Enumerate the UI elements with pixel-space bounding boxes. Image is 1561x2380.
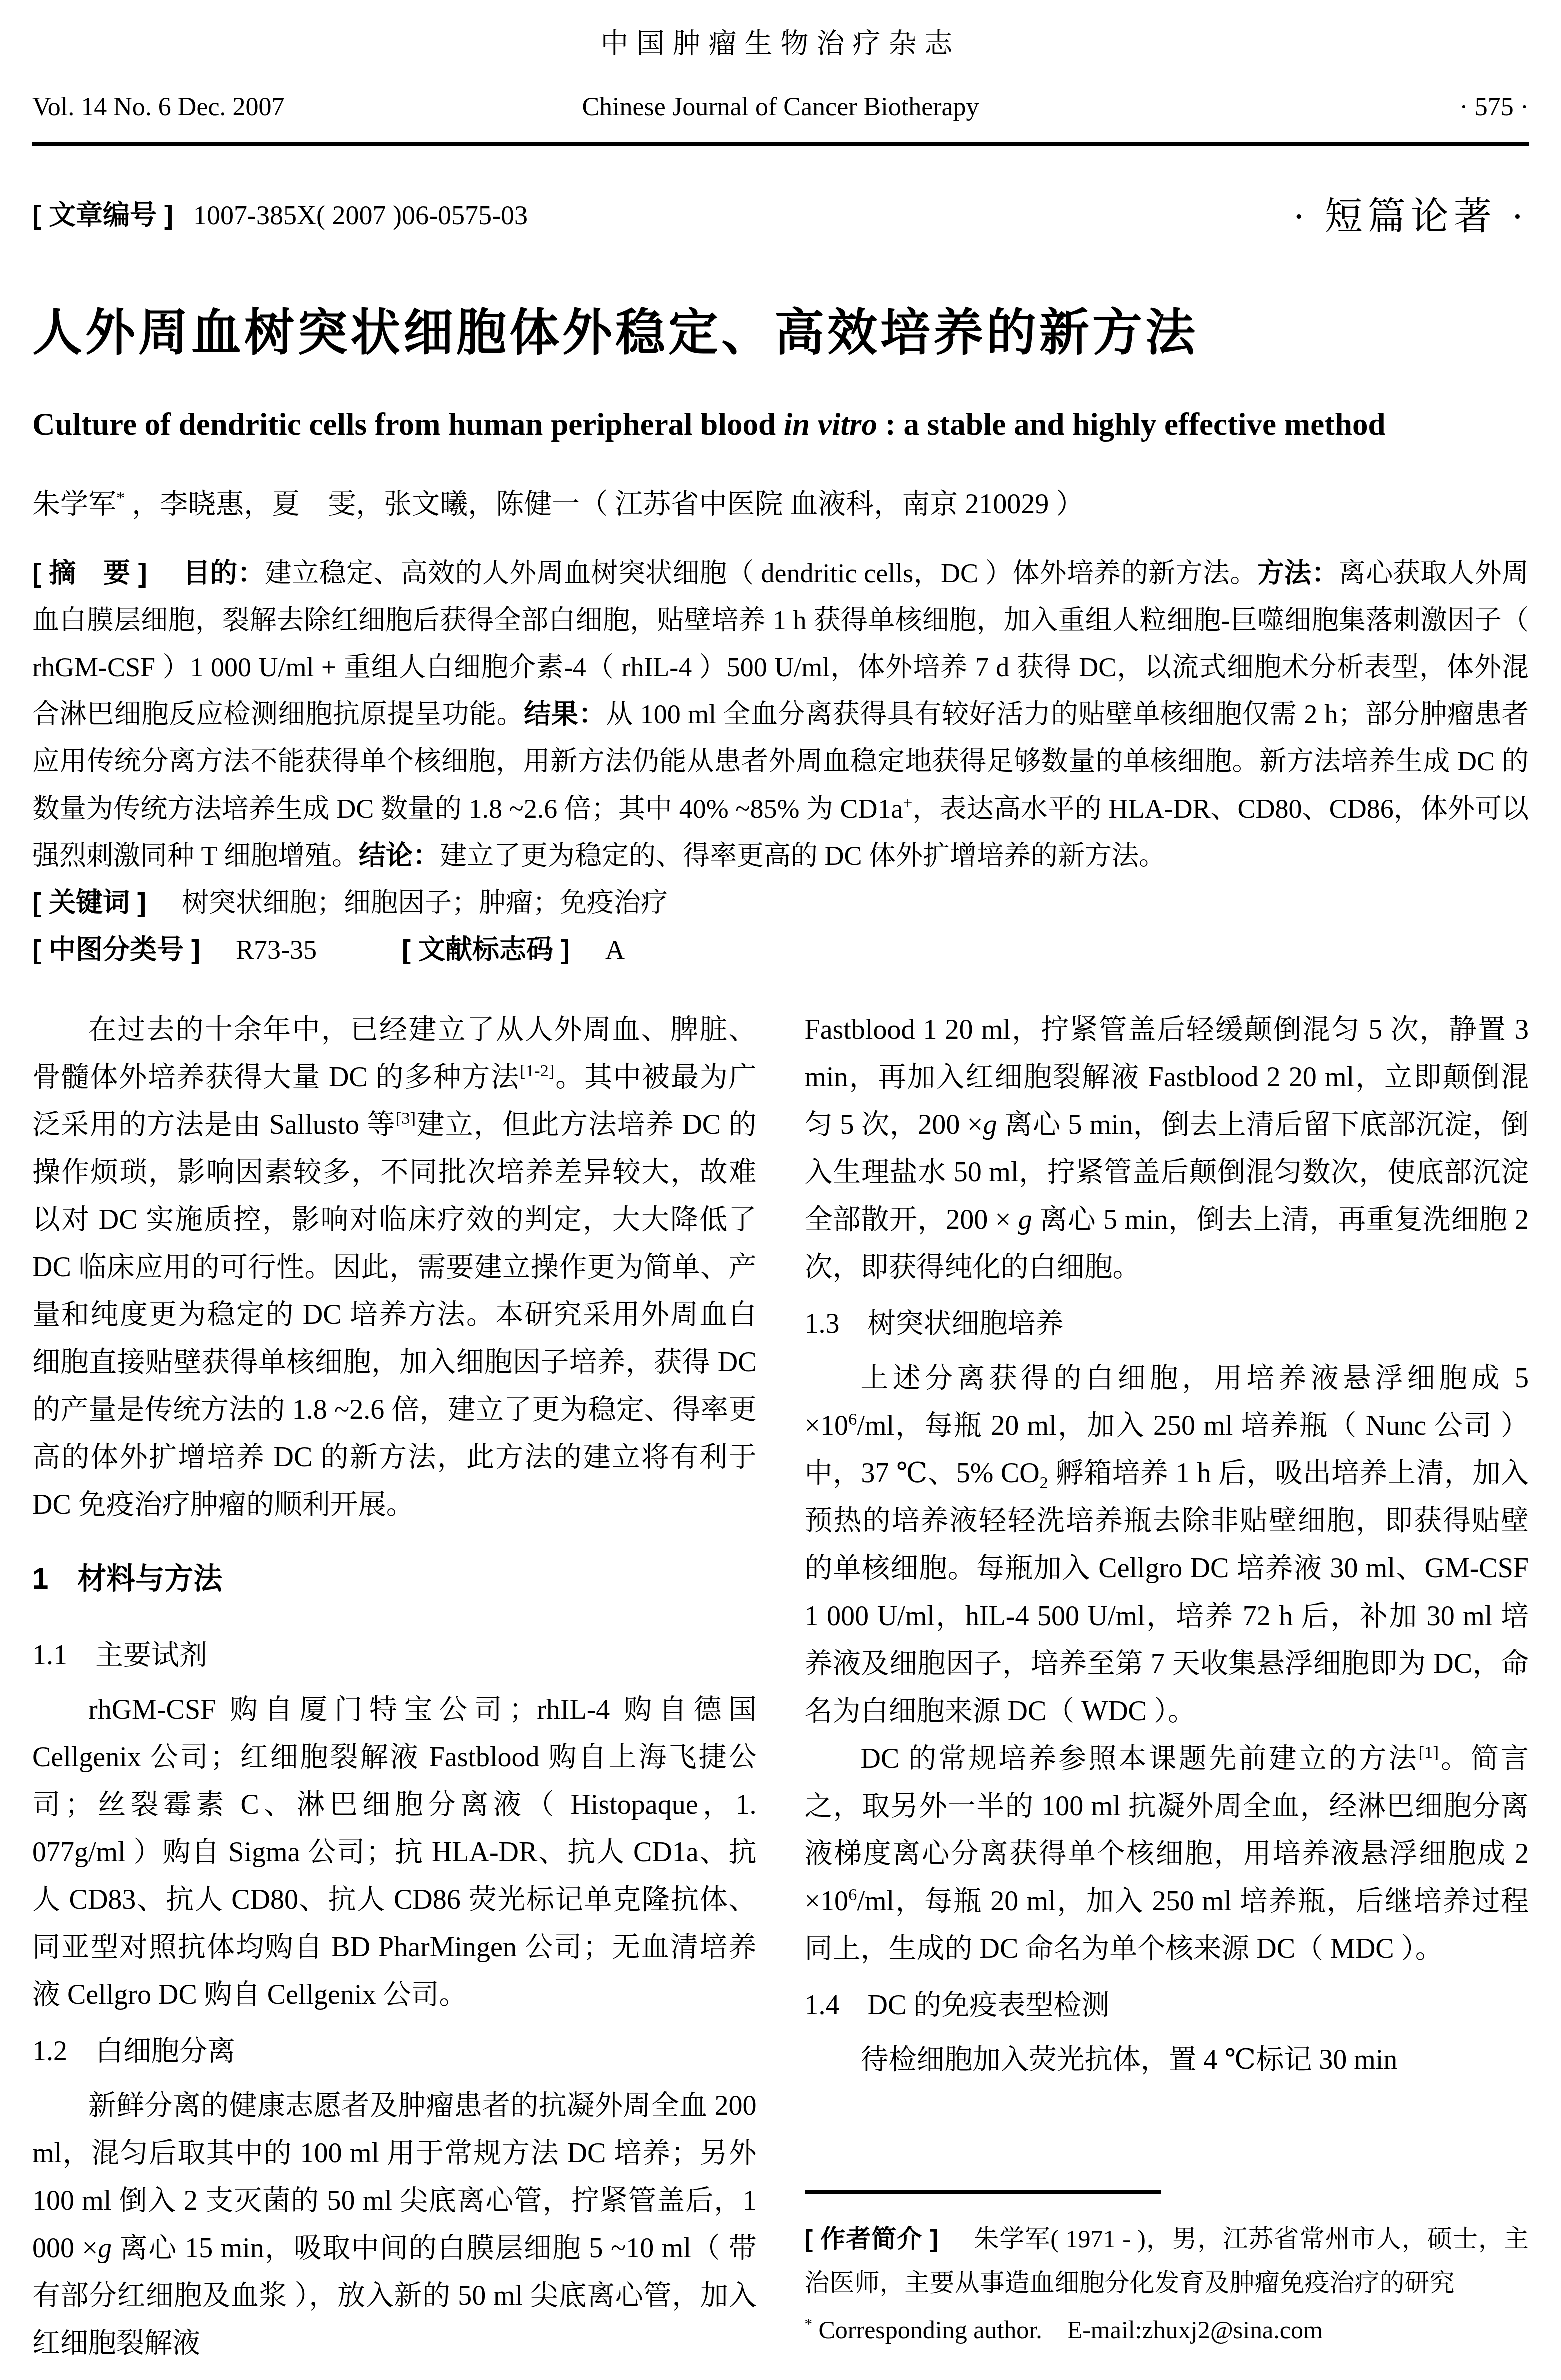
article-number-wrap: [ 文章编号 ]1007-385X( 2007 )06-0575-03 (32, 194, 528, 232)
clc-row: [ 中图分类号 ] R73-35 [ 文献标志码 ] A (32, 926, 1529, 973)
header-rule (32, 142, 1529, 146)
section-1-4-paragraph: 待检细胞加入荧光抗体，置 4 ℃标记 30 min (805, 2036, 1529, 2084)
abstract-text: 目的：建立稳定、高效的人外周血树突状细胞（ dendritic cells，DC… (32, 558, 1529, 871)
abstract-label: [ 摘 要 ] (32, 558, 147, 588)
clc-value: R73-35 (236, 935, 317, 965)
journal-name-en: Chinese Journal of Cancer Biotherapy (32, 92, 1529, 122)
clc-item: [ 中图分类号 ] R73-35 (32, 926, 317, 973)
doc-code-value: A (605, 935, 625, 965)
authors-line: 朱学军* ，李晓惠，夏 雯，张文曦，陈健一（ 江苏省中医院 血液科，南京 210… (32, 482, 1529, 522)
keywords-text: 树突状细胞；细胞因子；肿瘤；免疫治疗 (182, 888, 668, 918)
journal-header: 中国肿瘤生物治疗杂志 Vol. 14 No. 6 Dec. 2007 Chine… (32, 18, 1529, 146)
section-1-3-paragraph-2: DC 的常规培养参照本课题先前建立的方法[1]。简言之，取另外一半的 100 m… (805, 1735, 1529, 1973)
keywords-row: [ 关键词 ] 树突状细胞；细胞因子；肿瘤；免疫治疗 (32, 879, 1529, 926)
article-number-label: [ 文章编号 ] (32, 200, 173, 230)
article-title-cn: 人外周血树突状细胞体外稳定、高效培养的新方法 (32, 292, 1529, 364)
footnote-rule (805, 2190, 1161, 2194)
paper-page: 中国肿瘤生物治疗杂志 Vol. 14 No. 6 Dec. 2007 Chine… (0, 0, 1561, 2380)
author-bio-line: [ 作者简介 ] 朱学军( 1971 - )，男，江苏省常州市人，硕士，主治医师… (805, 2217, 1529, 2305)
column-type-badge: · 短篇论著 · (1292, 186, 1529, 240)
section-1-2-paragraph-left: 新鲜分离的健康志愿者及肿瘤患者的抗凝外周全血 200 ml，混匀后取其中的 10… (32, 2082, 757, 2367)
article-title-en: Culture of dendritic cells from human pe… (32, 406, 1529, 443)
column-left: 在过去的十余年中，已经建立了从人外周血、脾脏、骨髓体外培养获得大量 DC 的多种… (32, 1006, 757, 2352)
correspondence-line: * Corresponding author. E-mail:zhuxj2@si… (805, 2308, 1529, 2352)
author-bio-label: [ 作者简介 ] (805, 2225, 939, 2253)
section-1-heading: 1 材料与方法 (32, 1555, 757, 1603)
section-1-1-heading: 1.1 主要试剂 (32, 1632, 757, 1679)
clc-label: [ 中图分类号 ] (32, 935, 200, 965)
doc-code-item: [ 文献标志码 ] A (402, 926, 625, 973)
section-1-3-paragraph-1: 上述分离获得的白细胞，用培养液悬浮细胞成 5 ×106/ml，每瓶 20 ml，… (805, 1355, 1529, 1735)
section-1-1-paragraph: rhGM-CSF 购自厦门特宝公司；rhIL-4 购自德国 Cellgenix … (32, 1686, 757, 2019)
article-number: 1007-385X( 2007 )06-0575-03 (193, 200, 528, 230)
section-1-2-heading: 1.2 白细胞分离 (32, 2028, 757, 2075)
section-1-2-paragraph-right: Fastblood 1 20 ml，拧紧管盖后轻缓颠倒混匀 5 次，静置 3 m… (805, 1006, 1529, 1291)
keywords-label: [ 关键词 ] (32, 888, 146, 918)
journal-name-cn: 中国肿瘤生物治疗杂志 (32, 21, 1529, 61)
footnote: [ 作者简介 ] 朱学军( 1971 - )，男，江苏省常州市人，硕士，主治医师… (805, 2190, 1529, 2352)
intro-paragraph: 在过去的十余年中，已经建立了从人外周血、脾脏、骨髓体外培养获得大量 DC 的多种… (32, 1006, 757, 1529)
column-right: Fastblood 1 20 ml，拧紧管盖后轻缓颠倒混匀 5 次，静置 3 m… (805, 1006, 1529, 2352)
section-1-3-heading: 1.3 树突状细胞培养 (805, 1300, 1529, 1348)
doc-code-label: [ 文献标志码 ] (402, 935, 570, 965)
section-1-4-heading: 1.4 DC 的免疫表型检测 (805, 1982, 1529, 2029)
article-meta-row: [ 文章编号 ]1007-385X( 2007 )06-0575-03 · 短篇… (32, 186, 1529, 240)
body-columns: 在过去的十余年中，已经建立了从人外周血、脾脏、骨髓体外培养获得大量 DC 的多种… (32, 1006, 1529, 2352)
journal-header-row: Vol. 14 No. 6 Dec. 2007 Chinese Journal … (32, 92, 1529, 122)
abstract-block: [ 摘 要 ] 目的：建立稳定、高效的人外周血树突状细胞（ dendritic … (32, 550, 1529, 879)
